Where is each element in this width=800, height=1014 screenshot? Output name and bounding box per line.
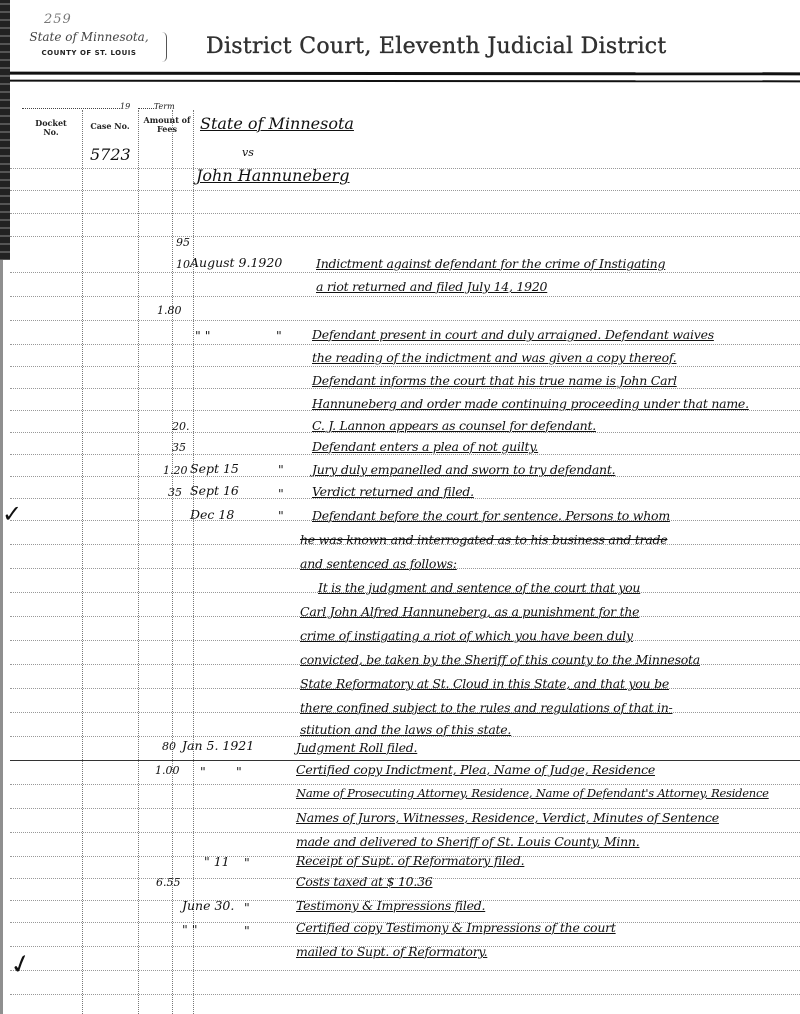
state-label: State of Minnesota,	[14, 30, 164, 44]
case-no-heading: Case No.	[88, 122, 132, 131]
jurisdiction-block: State of Minnesota, COUNTY OF ST. LOUIS	[14, 30, 164, 57]
fee-amount: 35	[172, 441, 186, 454]
ruled-line	[10, 454, 800, 455]
entry-date: August 9.1920	[190, 255, 282, 270]
entry-text-line: and sentenced as follows:	[300, 556, 457, 571]
entry-text-line: a riot returned and filed July 14, 1920	[316, 279, 547, 294]
header-rule-bottom	[10, 80, 800, 83]
term-year-prefix: 19	[120, 102, 130, 111]
entry-date: Jan 5. 1921	[182, 738, 254, 753]
entry-text-line: Judgment Roll filed.	[296, 740, 417, 755]
ruled-line	[10, 344, 800, 345]
term-year-line: 19 Term	[22, 102, 175, 111]
ruled-line	[10, 366, 800, 367]
margin-checkmark-icon: ✓	[6, 948, 35, 983]
entry-text-line: State Reformatory at St. Cloud in this S…	[300, 676, 669, 691]
versus-label: vs	[242, 146, 254, 159]
margin-checkmark-icon: ✓	[2, 500, 22, 528]
page-binding-edge	[0, 0, 10, 260]
docket-page: 259 State of Minnesota, COUNTY OF ST. LO…	[0, 0, 800, 1014]
ruled-line	[10, 213, 800, 214]
ruled-line	[10, 296, 800, 297]
entry-text-line: Defendant present in court and duly arra…	[312, 327, 714, 342]
entry-date: June 30.	[182, 898, 234, 913]
docket-no-heading: Docket No.	[34, 119, 68, 137]
entry-ditto-mark: "	[244, 855, 250, 870]
ruled-line	[10, 994, 800, 995]
fee-amount: 80	[162, 740, 176, 753]
entry-text-line: Receipt of Supt. of Reformatory filed.	[296, 853, 524, 868]
brace-mark	[162, 32, 167, 62]
entry-text-line-struck: he was known and interrogated as to his …	[300, 532, 667, 547]
amount-of-fees-heading: Amount of Fees	[142, 116, 192, 134]
ruled-line-solid	[10, 760, 800, 761]
ruled-line	[10, 168, 800, 169]
ruled-line	[10, 832, 800, 833]
entry-ditto-mark: "	[276, 328, 282, 343]
entry-ditto-mark: "	[278, 486, 284, 501]
ruled-line	[10, 320, 800, 321]
entry-text-line: It is the judgment and sentence of the c…	[318, 580, 640, 595]
fee-amount: 35	[168, 486, 182, 499]
ruled-line	[10, 784, 800, 785]
page-binding-edge-lower	[0, 260, 3, 1014]
entry-text-line: Jury duly empanelled and sworn to try de…	[312, 462, 615, 477]
entry-text-line: Verdict returned and filed.	[312, 484, 474, 499]
fee-amount: 6.55	[156, 876, 181, 889]
entry-text-line: there confined subject to the rules and …	[300, 700, 672, 715]
page-number: 259	[44, 12, 72, 27]
entry-ditto-mark: "	[244, 923, 250, 938]
fee-amount: 20.	[172, 420, 190, 433]
entry-ditto-mark: "	[236, 764, 242, 779]
ruled-line	[10, 388, 800, 389]
fee-amount: 1.80	[157, 304, 182, 317]
entry-text-line: Defendant before the court for sentence.…	[312, 508, 670, 523]
fee-amount: 95	[176, 236, 190, 249]
entry-date: Dec 18	[190, 507, 234, 522]
entry-ditto-mark: "	[278, 462, 284, 477]
entry-text-line: C. J. Lannon appears as counsel for defe…	[312, 418, 596, 433]
entry-date-ditto: " "	[195, 328, 210, 343]
entry-date: " 11	[204, 854, 230, 869]
entry-text-line: Carl John Alfred Hannuneberg, as a punis…	[300, 604, 639, 619]
entry-text-line: Certified copy Testimony & Impressions o…	[296, 920, 616, 935]
entry-text-line: Names of Jurors, Witnesses, Residence, V…	[296, 810, 719, 825]
entry-ditto-mark: "	[244, 900, 250, 915]
ruled-line	[10, 236, 800, 237]
entry-text-line: stitution and the laws of this state.	[300, 722, 511, 737]
entry-date: Sept 16	[190, 483, 239, 498]
entry-text-line: Hannuneberg and order made continuing pr…	[312, 396, 749, 411]
ruled-line	[10, 272, 800, 273]
fee-amount: 10	[176, 258, 190, 271]
entry-text-line: Name of Prosecuting Attorney, Residence,…	[296, 786, 769, 800]
entry-text-line: Testimony & Impressions filed.	[296, 898, 485, 913]
entry-text-line: mailed to Supt. of Reformatory.	[296, 944, 487, 959]
ruled-line	[10, 970, 800, 971]
header-rule-top	[10, 72, 800, 76]
entry-text-line: crime of instigating a riot of which you…	[300, 628, 633, 643]
entry-text-line: Certified copy Indictment, Plea, Name of…	[296, 762, 655, 777]
ruled-line	[10, 808, 800, 809]
case-number: 5723	[90, 145, 131, 164]
entry-text-line: Defendant enters a plea of not guilty.	[312, 439, 538, 454]
entry-text-line: made and delivered to Sheriff of St. Lou…	[296, 834, 639, 849]
court-title: District Court, Eleventh Judicial Distri…	[206, 34, 667, 59]
entry-text-line: convicted, be taken by the Sheriff of th…	[300, 652, 700, 667]
entry-ditto-mark: "	[278, 508, 284, 523]
defendant-name: John Hannuneberg	[196, 166, 350, 185]
entry-text-line: Costs taxed at $ 10.36	[296, 874, 432, 889]
entry-text-line: the reading of the indictment and was gi…	[312, 350, 677, 365]
plaintiff-name: State of Minnesota	[200, 114, 354, 133]
entry-text-line: Indictment against defendant for the cri…	[316, 256, 665, 271]
fee-amount: 1.20	[163, 464, 188, 477]
entry-date-ditto: " "	[182, 922, 197, 937]
county-label: COUNTY OF ST. LOUIS	[14, 49, 164, 57]
entry-text-line: Defendant informs the court that his tru…	[312, 373, 677, 388]
ruled-line	[10, 190, 800, 191]
fee-amount: 1.00	[155, 764, 180, 777]
entry-date: Sept 15	[190, 461, 239, 476]
entry-date-ditto: "	[200, 764, 206, 779]
